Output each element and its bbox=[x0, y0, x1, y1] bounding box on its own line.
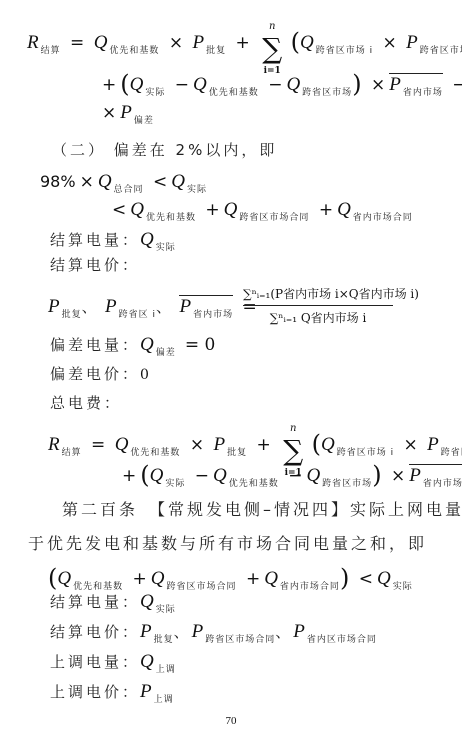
sub: 优先和基数 bbox=[109, 46, 159, 56]
label: 上调电量： bbox=[50, 653, 140, 671]
op-eq: = bbox=[70, 33, 84, 53]
sub: 跨省区市场 i bbox=[316, 46, 373, 56]
paren: ) bbox=[352, 70, 361, 98]
op-times: × bbox=[391, 466, 405, 486]
sigma: ∑ bbox=[262, 32, 282, 65]
article-200-condition: (Q优先和基数 +Q跨省区市场合同 +Q省内市场合同) <Q实际 bbox=[48, 566, 413, 592]
sub: 省内市场 bbox=[423, 479, 462, 489]
op-plus: + bbox=[236, 33, 250, 53]
sub: 批复 bbox=[227, 448, 247, 458]
separator: 、 bbox=[275, 623, 293, 641]
op-minus: − bbox=[452, 75, 462, 95]
condition-line2: <Q优先和基数 +Q跨省区市场合同 +Q省内市场合同 bbox=[108, 200, 413, 223]
page-number: 70 bbox=[0, 715, 462, 727]
dev-price-line: 偏差电价：0 bbox=[50, 366, 149, 382]
sub: 实际 bbox=[156, 605, 176, 615]
var-q: Q bbox=[264, 568, 278, 589]
paren: ( bbox=[120, 70, 129, 98]
sub: 省内市场合同 bbox=[353, 213, 413, 223]
op-minus: − bbox=[175, 75, 189, 95]
sub: 实际 bbox=[165, 479, 185, 489]
var-p: P bbox=[406, 32, 418, 53]
sub: 跨省区 i bbox=[119, 310, 156, 320]
price-line: P批复、 P跨省区 i、 P省内市场 = bbox=[48, 297, 261, 320]
var-q: Q bbox=[130, 199, 144, 220]
var-p: P bbox=[389, 74, 401, 95]
overline-p: P省内市场 bbox=[179, 295, 233, 317]
op-times: × bbox=[102, 103, 116, 123]
op-plus: + bbox=[133, 569, 147, 589]
article-200-line1: 第二百条 【常规发电侧–情况四】实际上网电量大 bbox=[62, 502, 462, 518]
var-q: Q bbox=[94, 32, 108, 53]
sub: 偏差 bbox=[156, 348, 176, 358]
var-p: P bbox=[214, 434, 226, 455]
var-p: P bbox=[192, 621, 204, 642]
settle-qty-line: 结算电量：Q实际 bbox=[50, 230, 176, 253]
op-plus: + bbox=[102, 75, 116, 95]
var-p: P bbox=[409, 465, 421, 486]
var-q: Q bbox=[377, 568, 391, 589]
var-p: P bbox=[293, 621, 305, 642]
separator: 、 bbox=[174, 623, 192, 641]
sub: 优先和基数 bbox=[209, 88, 259, 98]
sub: 优先和基数 bbox=[73, 582, 123, 592]
op-times: × bbox=[169, 33, 183, 53]
formula1-line1: R结算 = Q优先和基数 × P批复 + n∑i=1 (Q跨省区市场 i × P… bbox=[27, 30, 462, 63]
var-q: Q bbox=[224, 199, 238, 220]
var-q: Q bbox=[140, 229, 154, 250]
label: 结算电量： bbox=[50, 231, 140, 249]
var-q: Q bbox=[213, 465, 227, 486]
op-minus: − bbox=[288, 466, 302, 486]
percent: 98% bbox=[40, 172, 76, 191]
sub: 结算 bbox=[41, 46, 61, 56]
sum-icon: n∑i=1 bbox=[261, 35, 283, 63]
var-q: Q bbox=[171, 171, 185, 192]
op-plus: + bbox=[205, 200, 219, 220]
sub: 上调 bbox=[154, 695, 174, 705]
total-label: 总电费： bbox=[50, 396, 122, 411]
overline-p: P省内市场 bbox=[409, 464, 462, 486]
paren: ( bbox=[140, 461, 149, 489]
sub: 跨省区市场合同 bbox=[167, 582, 237, 592]
label: 偏差电价： bbox=[50, 365, 140, 383]
var-q: Q bbox=[115, 434, 129, 455]
paren: ( bbox=[291, 28, 300, 56]
sub: 跨省区市场 bbox=[302, 88, 352, 98]
var-q: Q bbox=[130, 74, 144, 95]
var-p: P bbox=[140, 621, 152, 642]
var-p: P bbox=[193, 32, 205, 53]
settle-price-label: 结算电价： bbox=[50, 258, 140, 273]
formula2-line1: R结算 = Q优先和基数 × P批复 + n∑i=1 (Q跨省区市场 i × P… bbox=[48, 432, 462, 465]
overline-p: P省内市场 bbox=[389, 73, 443, 95]
sub: 批复 bbox=[206, 46, 226, 56]
var-q: Q bbox=[57, 568, 71, 589]
dev-qty-line: 偏差电量：Q偏差 = 0 bbox=[50, 335, 215, 358]
var-p: P bbox=[48, 296, 60, 317]
sub: 跨省区市场合同 bbox=[239, 213, 309, 223]
sub: 跨省区市场 i bbox=[441, 448, 462, 458]
sub: 省内市场合同 bbox=[280, 582, 340, 592]
sub: 跨省区市场 i bbox=[337, 448, 394, 458]
var-r: R bbox=[48, 434, 60, 455]
sub: 批复 bbox=[154, 635, 174, 645]
sub: 总合同 bbox=[114, 185, 144, 195]
op-times: × bbox=[382, 33, 396, 53]
sum-upper: n bbox=[282, 424, 304, 434]
op-times: × bbox=[190, 435, 204, 455]
var-q: Q bbox=[286, 74, 300, 95]
var-p: P bbox=[427, 434, 439, 455]
article-200-line2: 于优先发电和基数与所有市场合同电量之和，即 bbox=[28, 536, 427, 552]
fraction-bar bbox=[243, 305, 393, 306]
label: 结算电量： bbox=[50, 593, 140, 611]
label: 偏差电量： bbox=[50, 336, 140, 354]
paren: ( bbox=[312, 430, 321, 458]
op-plus: + bbox=[319, 200, 333, 220]
op-plus: + bbox=[246, 569, 260, 589]
var-q: Q bbox=[151, 568, 165, 589]
var-q: Q bbox=[140, 651, 154, 672]
separator: 、 bbox=[82, 298, 100, 316]
equals-zero: = 0 bbox=[185, 335, 215, 355]
var-q: Q bbox=[140, 591, 154, 612]
a200-up-qty-line: 上调电量：Q上调 bbox=[50, 652, 176, 675]
var-q: Q bbox=[98, 171, 112, 192]
sub: 省内区市场合同 bbox=[307, 635, 377, 645]
op-lt: < bbox=[112, 200, 126, 220]
sub: 结算 bbox=[62, 448, 82, 458]
op-plus: + bbox=[257, 435, 271, 455]
sub: 跨省区市场 bbox=[322, 479, 372, 489]
sub: 跨省区市场 i bbox=[420, 46, 462, 56]
sub: 省内市场 bbox=[193, 310, 233, 320]
op-eq: = bbox=[91, 435, 105, 455]
sub: 实际 bbox=[187, 185, 207, 195]
var-p: P bbox=[120, 102, 132, 123]
sum-upper: n bbox=[261, 22, 283, 32]
condition-line1: 98%×Q总合同 <Q实际 bbox=[40, 172, 207, 195]
var-q: Q bbox=[321, 434, 335, 455]
var-q: Q bbox=[337, 199, 351, 220]
a200-settle-qty-line: 结算电量：Q实际 bbox=[50, 592, 176, 615]
weighted-average-fraction: ∑ⁿᵢ₌₁(P省内市场 i×Q省内市场 i) ∑ⁿᵢ₌₁ Q省内市场 i bbox=[243, 285, 393, 326]
sub: 批复 bbox=[62, 310, 82, 320]
var-q: Q bbox=[150, 465, 164, 486]
sub: 实际 bbox=[156, 243, 176, 253]
var-p: P bbox=[105, 296, 117, 317]
var-q: Q bbox=[306, 465, 320, 486]
label: 结算电价： bbox=[50, 623, 140, 641]
op-times: × bbox=[403, 435, 417, 455]
var-r: R bbox=[27, 32, 39, 53]
sub: 跨省区市场合同 bbox=[205, 635, 275, 645]
section-heading: （二） 偏差在 2%以内，即 bbox=[52, 143, 277, 158]
op-times: × bbox=[80, 172, 94, 192]
denominator: ∑ⁿᵢ₌₁ Q省内市场 i bbox=[243, 309, 393, 326]
sum-icon: n∑i=1 bbox=[282, 437, 304, 465]
formula1-line2: +(Q实际 −Q优先和基数 −Q跨省区市场) ×P省内市场 −Q偏差 bbox=[98, 72, 462, 98]
op-lt: < bbox=[359, 569, 373, 589]
op-times: × bbox=[371, 75, 385, 95]
formula2-line2: +(Q实际 −Q优先和基数 −Q跨省区市场) ×P省内市场 bbox=[118, 463, 462, 489]
var-q: Q bbox=[193, 74, 207, 95]
a200-settle-price-line: 结算电价：P批复、P跨省区市场合同、P省内区市场合同 bbox=[50, 622, 377, 645]
op-minus: − bbox=[195, 466, 209, 486]
sub: 偏差 bbox=[134, 116, 154, 126]
value: 0 bbox=[140, 367, 149, 383]
sub: 省内市场 bbox=[403, 88, 443, 98]
numerator: ∑ⁿᵢ₌₁(P省内市场 i×Q省内市场 i) bbox=[243, 285, 393, 302]
formula1-line3: ×P偏差 bbox=[98, 103, 154, 126]
sub: 实际 bbox=[393, 582, 413, 592]
var-q: Q bbox=[300, 32, 314, 53]
a200-up-price-line: 上调电价：P上调 bbox=[50, 682, 174, 705]
op-minus: − bbox=[268, 75, 282, 95]
separator: 、 bbox=[156, 298, 174, 316]
sub: 优先和基数 bbox=[229, 479, 279, 489]
label: 上调电价： bbox=[50, 683, 140, 701]
var-p: P bbox=[140, 681, 152, 702]
paren: ) bbox=[340, 564, 349, 592]
var-q: Q bbox=[140, 334, 154, 355]
sub: 实际 bbox=[145, 88, 165, 98]
paren: ) bbox=[372, 461, 381, 489]
op-plus: + bbox=[122, 466, 136, 486]
sub: 上调 bbox=[156, 665, 176, 675]
sub: 优先和基数 bbox=[130, 448, 180, 458]
sub: 优先和基数 bbox=[146, 213, 196, 223]
paren: ( bbox=[48, 564, 57, 592]
var-p: P bbox=[179, 296, 191, 317]
op-lt: < bbox=[153, 172, 167, 192]
